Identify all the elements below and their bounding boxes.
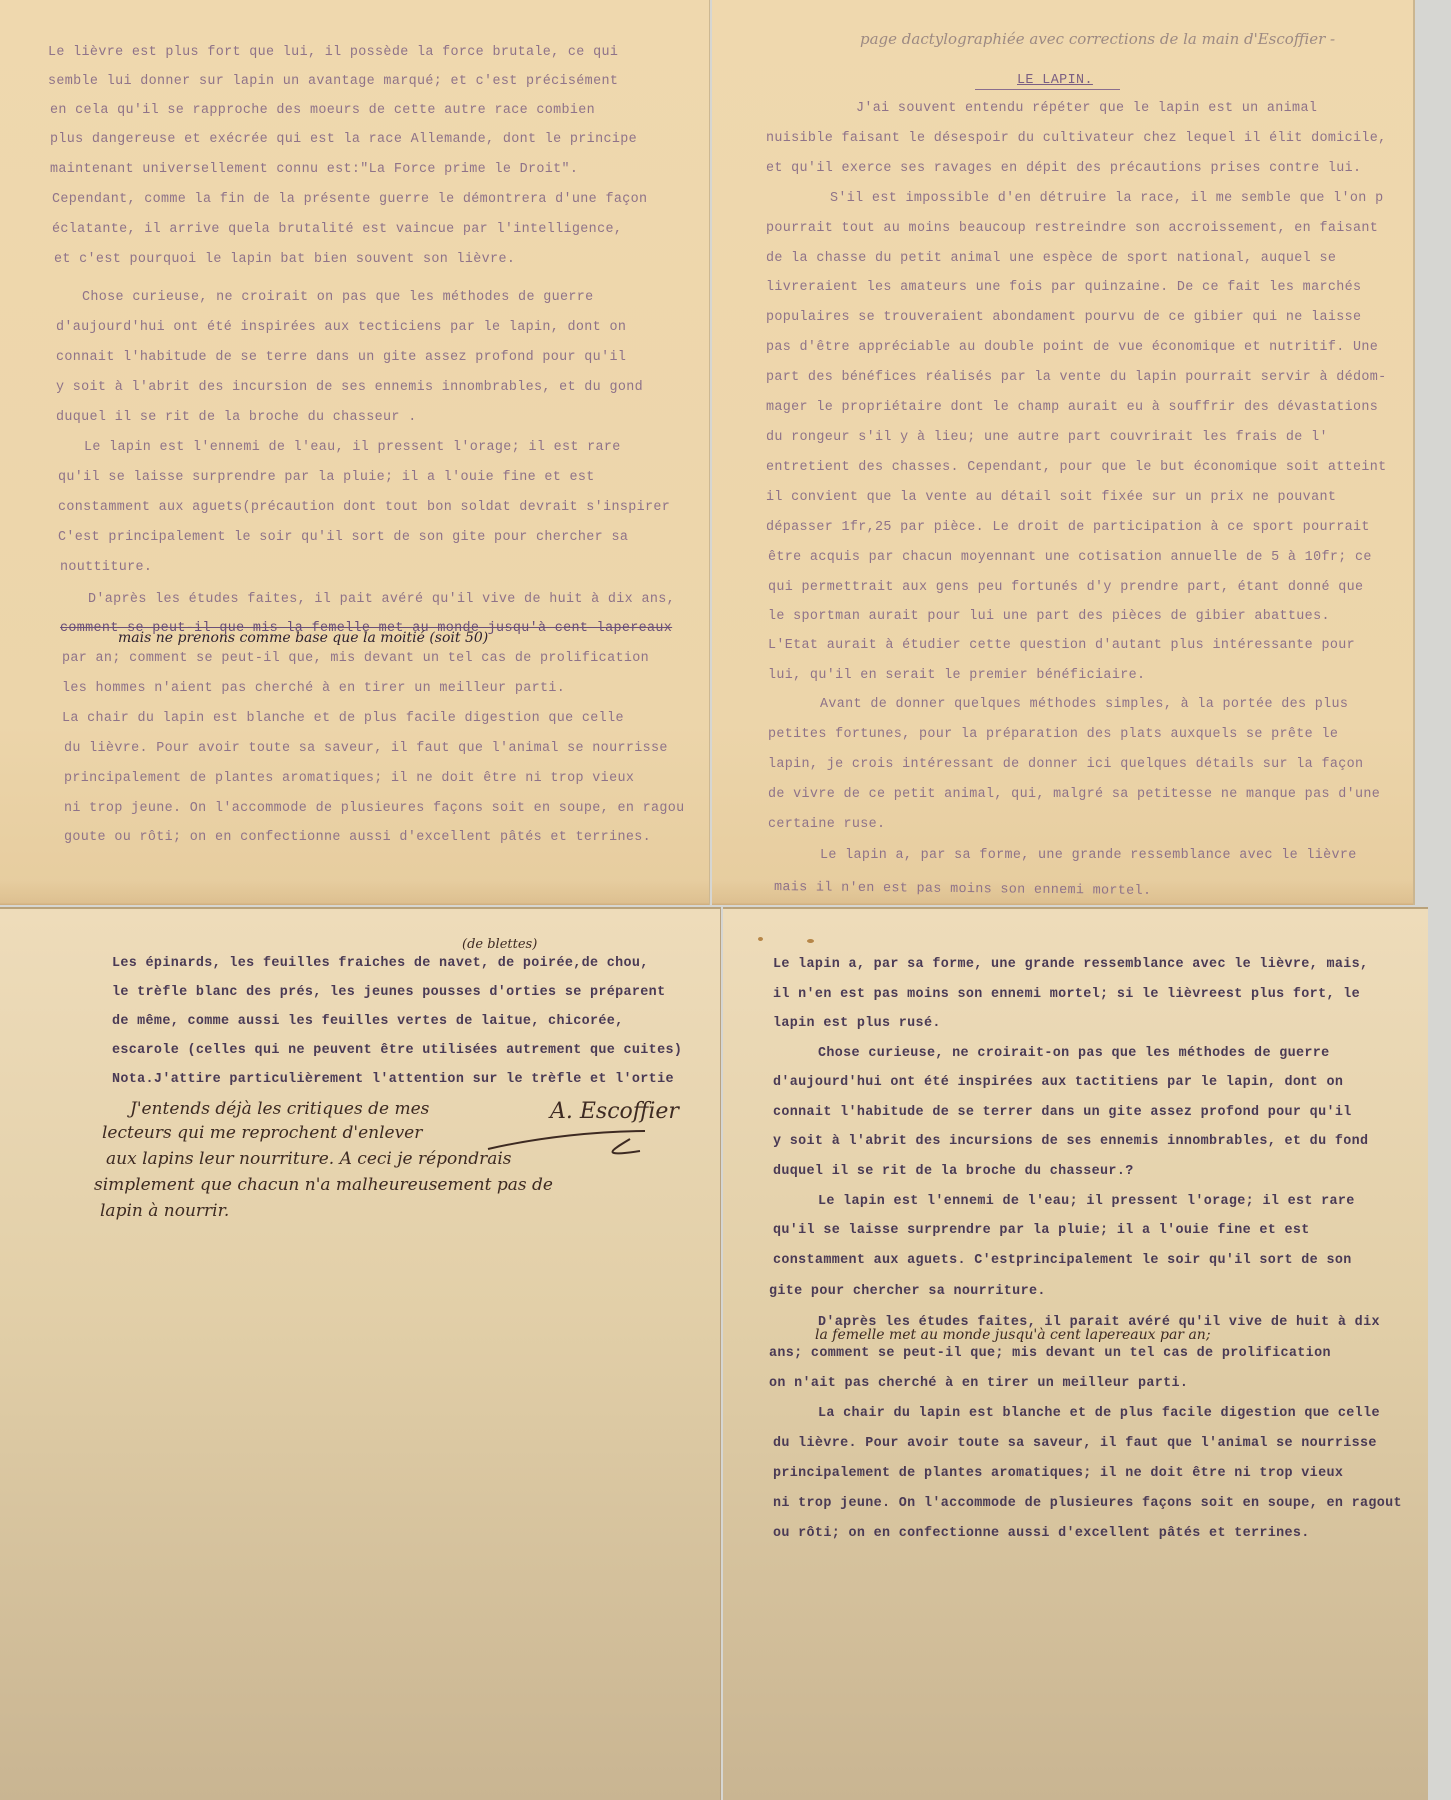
text-line: plus dangereuse et exécrée qui est la ra…	[50, 132, 637, 148]
text-line: on n'ait pas cherché à en tirer un meill…	[769, 1376, 1188, 1392]
text-line: ans; comment se peut-il que; mis devant …	[769, 1346, 1331, 1362]
page-top-left: Le lièvre est plus fort que lui, il poss…	[0, 0, 710, 905]
text-line: lui, qu'il en serait le premier bénéfici…	[768, 668, 1145, 684]
text-line: Le lapin a, par sa forme, une grande res…	[820, 848, 1357, 864]
text-line: d'aujourd'hui ont été inspirées aux tact…	[773, 1075, 1343, 1091]
page-bottom-left: (de blettes) Les épinards, les feuilles …	[0, 907, 721, 1800]
text-line: Chose curieuse, ne croirait-on pas que l…	[818, 1046, 1330, 1062]
text-line: éclatante, il arrive quela brutalité est…	[52, 222, 622, 238]
pencil-annotation: page dactylographiée avec corrections de…	[860, 30, 1335, 48]
text-line: Cependant, comme la fin de la présente g…	[52, 192, 647, 208]
text-line: ni trop jeune. On l'accommode de plusieu…	[64, 801, 685, 817]
text-line: du rongeur s'il y à lieu; une autre part…	[766, 430, 1328, 446]
text-line: y soit à l'abrit des incursions de ses e…	[773, 1134, 1368, 1150]
text-line: constamment aux aguets. C'estprincipalem…	[773, 1253, 1352, 1269]
text-line: La chair du lapin est blanche et de plus…	[62, 711, 624, 727]
text-line: Chose curieuse, ne croirait on pas que l…	[82, 290, 594, 306]
text-line: de vivre de ce petit animal, qui, malgré…	[768, 787, 1380, 803]
text-line: C'est principalement le soir qu'il sort …	[58, 530, 628, 546]
text-line: du lièvre. Pour avoir toute sa saveur, i…	[773, 1436, 1377, 1452]
text-line: en cela qu'il se rapproche des moeurs de…	[50, 103, 595, 119]
text-line: goute ou rôti; on en confectionne aussi …	[64, 830, 651, 846]
text-line: pas d'être appréciable au double point d…	[766, 340, 1378, 356]
handwritten-note-line: J'entends déjà les critiques de mes	[130, 1099, 429, 1119]
text-line: Le lapin est l'ennemi de l'eau; il press…	[818, 1194, 1355, 1210]
text-line: il n'en est pas moins son ennemi mortel;…	[773, 987, 1360, 1003]
text-line: nuisible faisant le désespoir du cultiva…	[766, 131, 1387, 147]
text-line: maintenant universellement connu est:"La…	[50, 162, 578, 178]
text-line: et qu'il exerce ses ravages en dépit des…	[766, 161, 1361, 177]
page-top-right: page dactylographiée avec corrections de…	[712, 0, 1415, 905]
text-line: populaires se trouveraient abondament po…	[766, 310, 1361, 326]
text-line: semble lui donner sur lapin un avantage …	[48, 74, 618, 90]
text-line: et c'est pourquoi le lapin bat bien souv…	[54, 252, 515, 268]
text-line: du lièvre. Pour avoir toute sa saveur, i…	[64, 741, 668, 757]
title-underline	[975, 89, 1120, 90]
text-line: qu'il se laisse surprendre par la pluie;…	[773, 1223, 1310, 1239]
text-line: duquel il se rit de la broche du chasseu…	[773, 1164, 1134, 1180]
text-line: dépasser 1fr,25 par pièce. Le droit de p…	[766, 520, 1370, 536]
text-line: lapin, je crois intéressant de donner ic…	[768, 757, 1363, 773]
text-line: par an; comment se peut-il que, mis deva…	[62, 651, 649, 667]
text-line: duquel il se rit de la broche du chasseu…	[56, 410, 417, 426]
text-line: de même, comme aussi les feuilles vertes…	[112, 1014, 624, 1030]
text-line: être acquis par chacun moyennant une cot…	[768, 550, 1372, 566]
text-line: gite pour chercher sa nourriture.	[769, 1284, 1046, 1300]
text-line: y soit à l'abrit des incursion de ses en…	[56, 380, 643, 396]
text-line: livreraient les amateurs une fois par qu…	[766, 280, 1361, 296]
page-bottom-right: Le lapin a, par sa forme, une grande res…	[723, 907, 1428, 1800]
text-line: petites fortunes, pour la préparation de…	[768, 727, 1338, 743]
text-line: L'Etat aurait à étudier cette question d…	[768, 638, 1355, 654]
text-line: qu'il se laisse surprendre par la pluie;…	[58, 470, 595, 486]
ink-stain	[807, 939, 814, 943]
handwritten-note-line: aux lapins leur nourriture. A ceci je ré…	[106, 1149, 512, 1169]
text-line: le trèfle blanc des prés, les jeunes pou…	[112, 985, 665, 1001]
text-line: D'après les études faites, il pait avéré…	[88, 592, 675, 608]
text-line: part des bénéfices réalisés par la vente…	[766, 370, 1387, 386]
text-line: Nota.J'attire particulièrement l'attenti…	[112, 1072, 674, 1088]
text-line: La chair du lapin est blanche et de plus…	[818, 1406, 1380, 1422]
text-line: d'aujourd'hui ont été inspirées aux tect…	[56, 320, 626, 336]
text-line: Le lapin est l'ennemi de l'eau, il press…	[84, 440, 621, 456]
text-line: principalement de plantes aromatiques; i…	[773, 1466, 1343, 1482]
text-line: connait l'habitude de se terrer dans un …	[773, 1105, 1352, 1121]
handwritten-note-line: lecteurs qui me reprochent d'enlever	[102, 1123, 422, 1143]
text-line: ou rôti; on en confectionne aussi d'exce…	[773, 1526, 1310, 1542]
handwritten-insert: (de blettes)	[462, 937, 537, 952]
handwritten-insert: la femelle met au monde jusqu'à cent lap…	[815, 1327, 1211, 1343]
text-line: nouttiture.	[60, 560, 152, 576]
text-line: entretient des chasses. Cependant, pour …	[766, 460, 1387, 476]
ink-stain	[758, 937, 763, 941]
document-title: LE LAPIN.	[1017, 73, 1093, 88]
text-line: le sportman aurait pour lui une part des…	[768, 609, 1330, 625]
text-line: Le lapin a, par sa forme, une grande res…	[773, 957, 1368, 973]
text-line: il convient que la vente au détail soit …	[766, 490, 1336, 506]
fold-stain	[0, 880, 709, 905]
text-line: Avant de donner quelques méthodes simple…	[820, 697, 1348, 713]
text-line: ni trop jeune. On l'accommode de plusieu…	[773, 1496, 1402, 1512]
text-line: lapin est plus rusé.	[773, 1016, 941, 1032]
text-line: pourrait tout au moins beaucoup restrein…	[766, 221, 1378, 237]
text-line: constamment aux aguets(précaution dont t…	[58, 500, 670, 516]
text-line: qui permettrait aux gens peu fortunés d'…	[768, 580, 1363, 596]
text-line: J'ai souvent entendu répéter que le lapi…	[856, 101, 1317, 117]
handwritten-note-line: lapin à nourrir.	[100, 1201, 229, 1221]
text-line: S'il est impossible d'en détruire la rac…	[830, 191, 1383, 207]
text-line: de la chasse du petit animal une espèce …	[766, 251, 1336, 267]
text-line: certaine ruse.	[768, 817, 885, 833]
handwritten-correction: mais ne prenons comme base que la moitié…	[118, 630, 488, 646]
text-line: principalement de plantes aromatiques; i…	[64, 771, 634, 787]
text-line: connait l'habitude de se terre dans un g…	[56, 350, 626, 366]
text-line: les hommes n'aient pas cherché à en tire…	[62, 681, 565, 697]
text-line: mager le propriétaire dont le champ aura…	[766, 400, 1378, 416]
text-line: Le lièvre est plus fort que lui, il poss…	[48, 45, 618, 61]
handwritten-note-line: simplement que chacun n'a malheureusemen…	[94, 1175, 553, 1195]
text-line: escarole (celles qui ne peuvent être uti…	[112, 1043, 682, 1059]
text-line: Les épinards, les feuilles fraiches de n…	[112, 956, 649, 972]
